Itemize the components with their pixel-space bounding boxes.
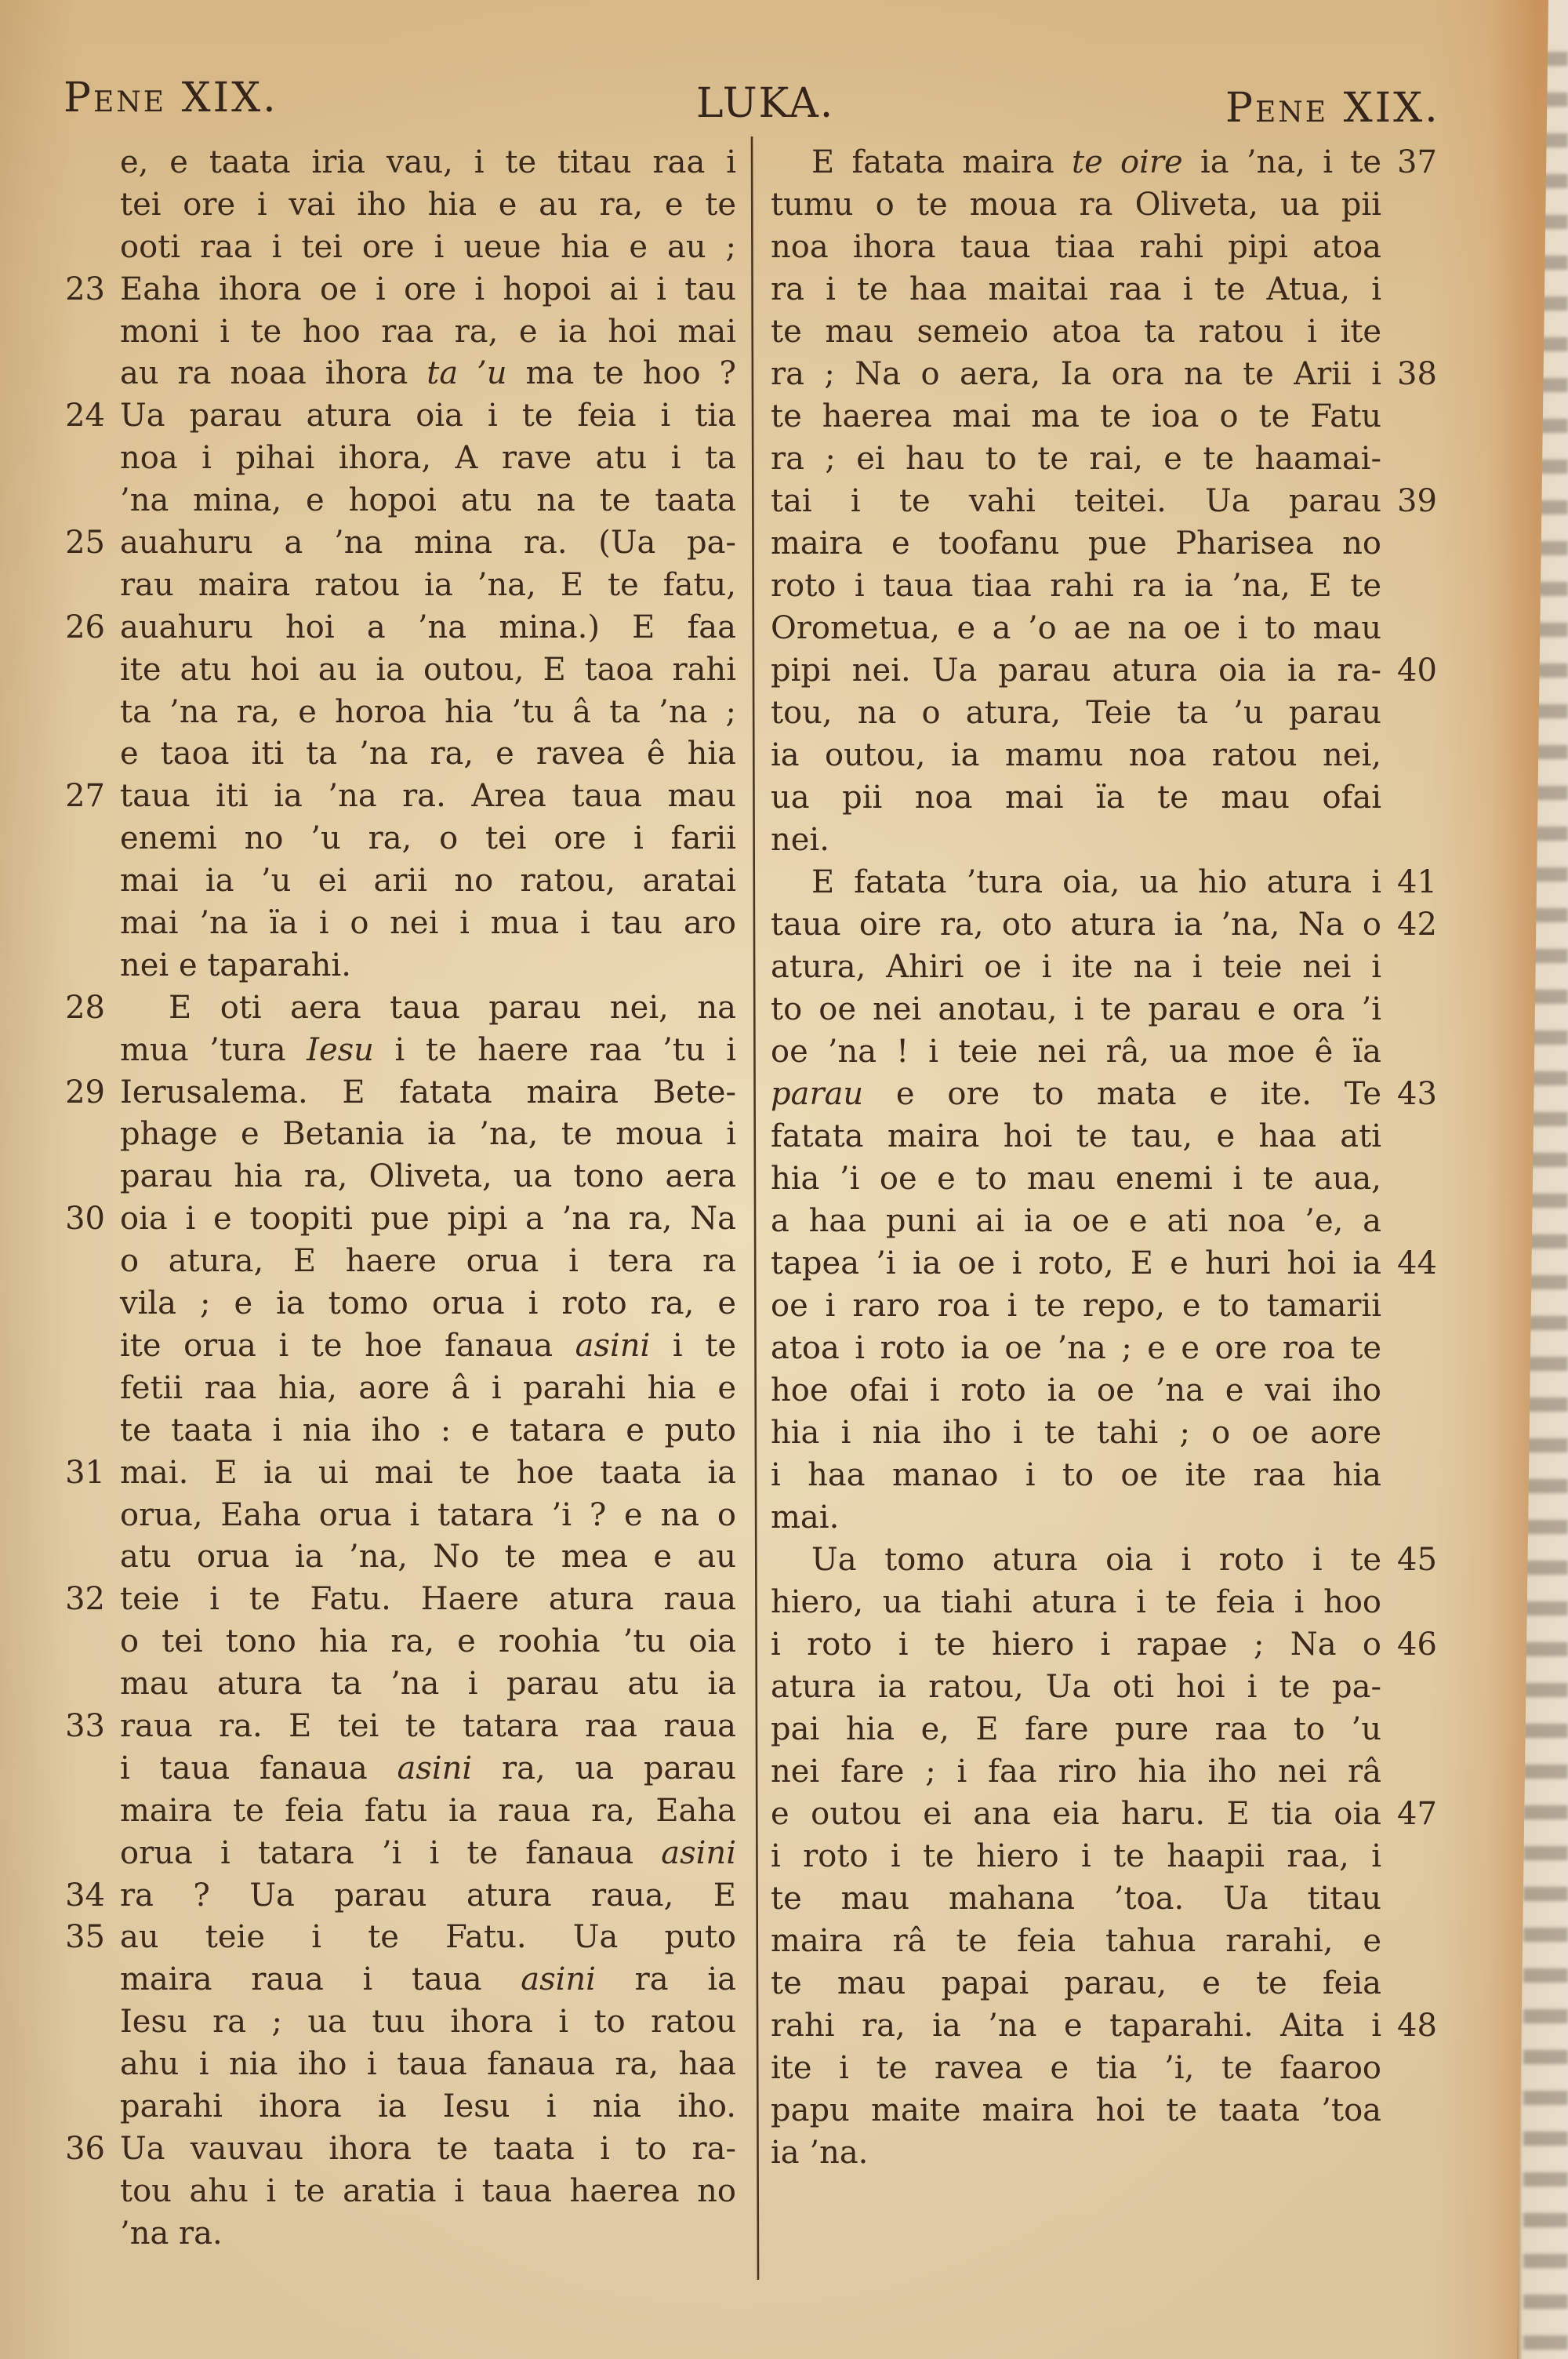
line-text: oe i raro roa i te repo, e to tamarii — [771, 1288, 1381, 1324]
text-line: vila ; e ia tomo orua i roto ra, e — [120, 1283, 736, 1325]
text-line: pai hia e, E fare pure raa to ’u — [771, 1708, 1381, 1750]
text-line: papu maite maira hoi te taata ’toa — [771, 2089, 1381, 2132]
line-text: ’na ra. — [120, 2215, 223, 2252]
text-line: 48rahi ra, ia ’na e taparahi. Aita i — [771, 2005, 1381, 2047]
text-line: Orometua, e a ’o ae na oe i to mau — [771, 607, 1381, 649]
line-text: hia ’i oe e to mau enemi i te aua, — [771, 1161, 1381, 1197]
line-text: orua, Eaha orua i tatara ’i ? e na o — [120, 1497, 736, 1533]
text-line: 28E oti aera taua parau nei, na — [120, 987, 736, 1030]
line-text: te mau semeio atoa ta ratou i ite — [771, 314, 1381, 350]
text-line: ra i te haa maitai raa i te Atua, i — [771, 268, 1381, 311]
text-line: maira e toofanu pue Pharisea no — [771, 522, 1381, 565]
line-text: orua i tatara ’i i te fanaua — [120, 1835, 661, 1871]
text-line: ’na ra. — [120, 2213, 736, 2255]
italic-text: asini — [521, 1961, 596, 1997]
text-line: hiero, ua tiahi atura i te feia i hoo — [771, 1581, 1381, 1623]
text-line: 43parau e ore to mata e ite. Te — [771, 1073, 1381, 1115]
line-text: auahuru a ’na mina ra. (Ua pa- — [120, 525, 736, 561]
line-text: i te — [650, 1328, 736, 1364]
line-text: ia outou, ia mamu noa ratou nei, — [771, 737, 1381, 773]
running-head-chapter-right: Pene XIX. — [1225, 85, 1440, 132]
line-text: Iesu ra ; ua tuu ihora i to ratou — [120, 2004, 736, 2040]
verse-number: 30 — [65, 1198, 105, 1241]
text-line: e taoa iti ta ’na ra, e ravea ê hia — [120, 733, 736, 776]
line-text: ite orua i te hoe fanaua — [120, 1328, 575, 1364]
line-text: vila ; e ia tomo orua i roto ra, e — [120, 1285, 736, 1321]
line-text: e, e taata iria vau, i te titau raa i — [120, 144, 736, 180]
line-text: Orometua, e a ’o ae na oe i to mau — [771, 610, 1381, 646]
text-line: te mau mahana ’toa. Ua titau — [771, 1877, 1381, 1920]
text-line: ra ; ei hau to te rai, e te haamai- — [771, 438, 1381, 480]
line-text: hoe ofai i roto ia oe ’na e vai iho — [771, 1372, 1381, 1408]
text-line: mai. — [771, 1496, 1381, 1539]
line-text: oe ’na ! i teie nei râ, ua moe ê ïa — [771, 1034, 1381, 1070]
text-line: i taua fanaua asini ra, ua parau — [120, 1748, 736, 1790]
line-text: hiero, ua tiahi atura i te feia i hoo — [771, 1584, 1381, 1620]
line-text: ooti raa i tei ore i ueue hia e au ; — [120, 229, 736, 265]
line-text: maira raua i taua — [120, 1961, 521, 1997]
text-line: 35au teie i te Fatu. Ua puto — [120, 1917, 736, 1959]
text-line: ooti raa i tei ore i ueue hia e au ; — [120, 227, 736, 269]
text-line: te taata i nia iho : e tatara e puto — [120, 1410, 736, 1452]
italic-text: Iesu — [307, 1032, 374, 1068]
line-text: tei ore i vai iho hia e au ra, e te — [120, 187, 736, 223]
text-line: 47e outou ei ana eia haru. E tia oia — [771, 1793, 1381, 1835]
line-text: au teie i te Fatu. Ua puto — [120, 1919, 736, 1955]
line-text: ra ? Ua parau atura raua, E — [120, 1877, 736, 1914]
line-text: teie i te Fatu. Haere atura raua — [120, 1581, 736, 1617]
text-line: hia ’i oe e to mau enemi i te aua, — [771, 1158, 1381, 1200]
text-line: atu orua ia ’na, No te mea e au — [120, 1536, 736, 1579]
line-text: te taata i nia iho : e tatara e puto — [120, 1412, 736, 1448]
line-text: E oti aera taua parau nei, na — [169, 990, 736, 1026]
verse-number: 44 — [1397, 1242, 1437, 1285]
line-text: o atura, E haere orua i tera ra — [120, 1243, 736, 1279]
text-line: o atura, E haere orua i tera ra — [120, 1241, 736, 1283]
line-text: atoa i roto ia oe ’na ; e e ore roa te — [771, 1330, 1381, 1366]
line-text: pipi nei. Ua parau atura oia ia ra- — [771, 652, 1381, 689]
verse-number: 24 — [65, 395, 105, 438]
verse-number: 35 — [65, 1917, 105, 1959]
verse-number: 46 — [1397, 1623, 1437, 1666]
text-line: 36Ua vauvau ihora te taata i to ra- — [120, 2128, 736, 2171]
line-text: rahi ra, ia ’na e taparahi. Aita i — [771, 2008, 1381, 2044]
text-line: ahu i nia iho i taua fanaua ra, haa — [120, 2044, 736, 2086]
text-line: maira râ te feia tahua rarahi, e — [771, 1920, 1381, 1962]
line-text: Ua tomo atura oia i roto i te — [811, 1542, 1381, 1578]
verse-number: 33 — [65, 1706, 105, 1748]
line-text: atura, Ahiri oe i ite na i teie nei i — [771, 949, 1381, 985]
text-line: mau atura ta ’na i parau atu ia — [120, 1663, 736, 1706]
line-text: tumu o te moua ra Oliveta, ua pii — [771, 187, 1381, 223]
text-line: hoe ofai i roto ia oe ’na e vai iho — [771, 1369, 1381, 1412]
line-text: rau maira ratou ia ’na, E te fatu, — [120, 567, 736, 603]
text-line: nei fare ; i faa riro hia iho nei râ — [771, 1750, 1381, 1793]
line-text: i taua fanaua — [120, 1750, 397, 1787]
text-line: maira raua i taua asini ra ia — [120, 1959, 736, 2001]
text-line: oe i raro roa i te repo, e to tamarii — [771, 1285, 1381, 1327]
text-line: atura ia ratou, Ua oti hoi i te pa- — [771, 1666, 1381, 1708]
line-text: maira e toofanu pue Pharisea no — [771, 525, 1381, 562]
line-text: tou ahu i te aratia i taua haerea no — [120, 2173, 736, 2209]
text-line: rau maira ratou ia ’na, E te fatu, — [120, 565, 736, 607]
text-line: roto i taua tiaa rahi ra ia ’na, E te — [771, 565, 1381, 607]
verse-number: 43 — [1397, 1073, 1437, 1115]
line-text: maira te feia fatu ia raua ra, Eaha — [120, 1793, 736, 1829]
line-text: e taoa iti ta ’na ra, e ravea ê hia — [120, 736, 736, 772]
line-text: tou, na o atura, Teie ta ’u parau — [771, 695, 1381, 731]
verse-number: 40 — [1397, 649, 1437, 692]
italic-text: parau — [771, 1076, 863, 1112]
line-text: te haerea mai ma te ioa o te Fatu — [771, 398, 1381, 434]
line-text: E fatata maira — [811, 144, 1072, 180]
text-line: 44tapea ’i ia oe i roto, E e huri hoi ia — [771, 1242, 1381, 1285]
text-line: mai ia ’u ei arii no ratou, aratai — [120, 860, 736, 903]
text-column-left: e, e taata iria vau, i te titau raa itei… — [120, 142, 736, 2255]
text-line: ia outou, ia mamu noa ratou nei, — [771, 734, 1381, 776]
line-text: to oe nei anotau, i te parau e ora ’i — [771, 991, 1381, 1027]
line-text: ite atu hoi au ia outou, E taoa rahi — [120, 652, 736, 688]
column-divider-rule — [747, 135, 766, 2284]
verse-number: 28 — [65, 987, 105, 1030]
text-line: moni i te hoo raa ra, e ia hoi mai — [120, 311, 736, 354]
verse-number: 42 — [1397, 903, 1437, 946]
text-line: fetii raa hia, aore â i parahi hia e — [120, 1368, 736, 1410]
text-line: maira te feia fatu ia raua ra, Eaha — [120, 1790, 736, 1833]
line-text: moni i te hoo raa ra, e ia hoi mai — [120, 314, 736, 350]
text-line: 26auahuru hoi a ’na mina.) E faa — [120, 607, 736, 649]
text-line: atoa i roto ia oe ’na ; e e ore roa te — [771, 1327, 1381, 1369]
text-line: 29Ierusalema. E fatata maira Bete- — [120, 1072, 736, 1114]
line-text: nei. — [771, 822, 829, 858]
text-line: noa ihora taua tiaa rahi pipi atoa — [771, 226, 1381, 268]
line-text: ra, ua parau — [472, 1750, 736, 1787]
line-text: parahi ihora ia Iesu i nia iho. — [120, 2088, 736, 2125]
text-line: nei. — [771, 819, 1381, 861]
line-text: a haa puni ai ia oe e ati noa ’e, a — [771, 1203, 1381, 1239]
text-line: tou ahu i te aratia i taua haerea no — [120, 2171, 736, 2213]
line-text: nei fare ; i faa riro hia iho nei râ — [771, 1754, 1381, 1790]
line-text: i roto i te hiero i te haapii raa, i — [771, 1838, 1381, 1874]
line-text: i te haere raa ’tu i — [374, 1032, 736, 1068]
text-line: o tei tono hia ra, e roohia ’tu oia — [120, 1621, 736, 1663]
line-text: noa ihora taua tiaa rahi pipi atoa — [771, 229, 1381, 265]
text-line: parau hia ra, Oliveta, ua tono aera — [120, 1156, 736, 1198]
verse-number: 25 — [65, 522, 105, 565]
verse-number: 31 — [65, 1452, 105, 1495]
line-text: tapea ’i ia oe i roto, E e huri hoi ia — [771, 1245, 1381, 1281]
text-line: a haa puni ai ia oe e ati noa ’e, a — [771, 1200, 1381, 1242]
line-text: E fatata ’tura oia, ua hio atura i — [811, 864, 1381, 900]
text-line: i haa manao i to oe ite raa hia — [771, 1454, 1381, 1496]
verse-number: 34 — [65, 1875, 105, 1917]
verse-number: 36 — [65, 2128, 105, 2171]
line-text: Ierusalema. E fatata maira Bete- — [120, 1074, 736, 1110]
text-line: orua, Eaha orua i tatara ’i ? e na o — [120, 1495, 736, 1537]
line-text: mai ’na ïa i o nei i mua i tau aro — [120, 905, 736, 941]
text-line: ite atu hoi au ia outou, E taoa rahi — [120, 649, 736, 692]
text-line: ua pii noa mai ïa te mau ofai — [771, 776, 1381, 819]
line-text: i roto i te hiero i rapae ; Na o — [771, 1627, 1381, 1663]
line-text: Eaha ihora oe i ore i hopoi ai i tau — [120, 271, 736, 307]
line-text: mai ia ’u ei arii no ratou, aratai — [120, 863, 736, 899]
text-line: oe ’na ! i teie nei râ, ua moe ê ïa — [771, 1030, 1381, 1073]
text-line: 25auahuru a ’na mina ra. (Ua pa- — [120, 522, 736, 565]
text-column-right: 37E fatata maira te oire ia ’na, i tetum… — [771, 141, 1381, 2174]
line-text: raua ra. E tei te tatara raa raua — [120, 1708, 736, 1744]
text-line: to oe nei anotau, i te parau e ora ’i — [771, 988, 1381, 1030]
italic-text: ta ’u — [426, 355, 506, 391]
line-text: ta ’na ra, e horoa hia ’tu â ta ’na ; — [120, 694, 736, 730]
verse-number: 45 — [1397, 1539, 1437, 1581]
text-line: te mau papai parau, e te feia — [771, 1962, 1381, 2005]
text-line: tei ore i vai iho hia e au ra, e te — [120, 184, 736, 227]
line-text: mai. E ia ui mai te hoe taata ia — [120, 1455, 736, 1491]
text-line: 27taua iti ia ’na ra. Area taua mau — [120, 776, 736, 818]
text-line: noa i pihai ihora, A rave atu i ta — [120, 438, 736, 480]
text-line: phage e Betania ia ’na, te moua i — [120, 1114, 736, 1156]
line-text: fatata maira hoi te tau, e haa ati — [771, 1118, 1381, 1154]
line-text: i haa manao i to oe ite raa hia — [771, 1457, 1381, 1493]
text-line: hia i nia iho i te tahi ; o oe aore — [771, 1412, 1381, 1454]
line-text: ia ’na. — [771, 2135, 868, 2171]
text-line: Iesu ra ; ua tuu ihora i to ratou — [120, 2001, 736, 2044]
text-line: 37E fatata maira te oire ia ’na, i te — [771, 141, 1381, 184]
line-text: Ua parau atura oia i te feia i tia — [120, 398, 736, 434]
text-line: atura, Ahiri oe i ite na i teie nei i — [771, 946, 1381, 988]
line-text: te mau mahana ’toa. Ua titau — [771, 1881, 1381, 1917]
text-line: 40pipi nei. Ua parau atura oia ia ra- — [771, 649, 1381, 692]
line-text: atu orua ia ’na, No te mea e au — [120, 1539, 736, 1575]
italic-text: asini — [575, 1328, 651, 1364]
line-text: oia i e toopiti pue pipi a ’na ra, Na — [120, 1201, 736, 1237]
text-line: 38ra ; Na o aera, Ia ora na te Arii i — [771, 353, 1381, 395]
text-line: i roto i te hiero i te haapii raa, i — [771, 1835, 1381, 1877]
line-text: taua oire ra, oto atura ia ’na, Na o — [771, 907, 1381, 943]
text-line: e, e taata iria vau, i te titau raa i — [120, 142, 736, 184]
text-line: parahi ihora ia Iesu i nia iho. — [120, 2086, 736, 2128]
text-line: ite i te ravea e tia ’i, te faaroo — [771, 2047, 1381, 2089]
verse-number: 41 — [1397, 861, 1437, 903]
line-text: e ore to mata e ite. Te — [863, 1076, 1381, 1112]
line-text: mau atura ta ’na i parau atu ia — [120, 1666, 736, 1702]
line-text: parau hia ra, Oliveta, ua tono aera — [120, 1158, 736, 1194]
line-text: ra ; ei hau to te rai, e te haamai- — [771, 441, 1381, 477]
verse-number: 23 — [65, 269, 105, 311]
line-text: e outou ei ana eia haru. E tia oia — [771, 1796, 1381, 1832]
text-line: mai ’na ïa i o nei i mua i tau aro — [120, 903, 736, 945]
text-line: tou, na o atura, Teie ta ’u parau — [771, 692, 1381, 734]
line-text: tai i te vahi teitei. Ua parau — [771, 483, 1381, 519]
line-text: papu maite maira hoi te taata ’toa — [771, 2092, 1381, 2128]
verse-number: 39 — [1397, 480, 1437, 522]
line-text: enemi no ’u ra, o tei ore i farii — [120, 820, 736, 856]
line-text: roto i taua tiaa rahi ra ia ’na, E te — [771, 568, 1381, 604]
italic-text: asini — [661, 1835, 736, 1871]
text-line: nei e taparahi. — [120, 945, 736, 987]
line-text: te mau papai parau, e te feia — [771, 1965, 1381, 2001]
line-text: auahuru hoi a ’na mina.) E faa — [120, 609, 736, 645]
line-text: o tei tono hia ra, e roohia ’tu oia — [120, 1623, 736, 1659]
line-text: ’na mina, e hopoi atu na te taata — [120, 482, 736, 518]
text-line: 42taua oire ra, oto atura ia ’na, Na o — [771, 903, 1381, 946]
text-line: 41E fatata ’tura oia, ua hio atura i — [771, 861, 1381, 903]
line-text: au ra noaa ihora — [120, 355, 426, 391]
line-text: fetii raa hia, aore â i parahi hia e — [120, 1370, 736, 1406]
text-line: ta ’na ra, e horoa hia ’tu â ta ’na ; — [120, 692, 736, 734]
verse-number: 32 — [65, 1579, 105, 1621]
line-text: atura ia ratou, Ua oti hoi i te pa- — [771, 1669, 1381, 1705]
line-text: nei e taparahi. — [120, 947, 351, 983]
line-text: ra ia — [596, 1961, 736, 1997]
line-text: pai hia e, E fare pure raa to ’u — [771, 1711, 1381, 1747]
line-text: hia i nia iho i te tahi ; o oe aore — [771, 1415, 1381, 1451]
text-line: 30oia i e toopiti pue pipi a ’na ra, Na — [120, 1198, 736, 1241]
line-text: ahu i nia iho i taua fanaua ra, haa — [120, 2046, 736, 2082]
text-line: te haerea mai ma te ioa o te Fatu — [771, 395, 1381, 438]
text-line: 24Ua parau atura oia i te feia i tia — [120, 395, 736, 438]
verse-number: 48 — [1397, 2005, 1437, 2047]
verse-number: 47 — [1397, 1793, 1437, 1835]
verse-number: 37 — [1397, 141, 1437, 184]
line-text: ra ; Na o aera, Ia ora na te Arii i — [771, 356, 1381, 392]
text-line: 39tai i te vahi teitei. Ua parau — [771, 480, 1381, 522]
text-line: te mau semeio atoa ta ratou i ite — [771, 311, 1381, 353]
line-text: taua iti ia ’na ra. Area taua mau — [120, 778, 736, 814]
text-line: ia ’na. — [771, 2132, 1381, 2174]
verse-number: 26 — [65, 607, 105, 649]
line-text: maira râ te feia tahua rarahi, e — [771, 1923, 1381, 1959]
line-text: noa i pihai ihora, A rave atu i ta — [120, 440, 736, 476]
line-text: mua ’tura — [120, 1032, 307, 1068]
verse-number: 29 — [65, 1072, 105, 1114]
text-line: 31mai. E ia ui mai te hoe taata ia — [120, 1452, 736, 1495]
text-line: 32teie i te Fatu. Haere atura raua — [120, 1579, 736, 1621]
text-line: 33raua ra. E tei te tatara raa raua — [120, 1706, 736, 1748]
text-line: fatata maira hoi te tau, e haa ati — [771, 1115, 1381, 1158]
line-text: phage e Betania ia ’na, te moua i — [120, 1116, 736, 1152]
line-text: ra i te haa maitai raa i te Atua, i — [771, 271, 1381, 307]
running-head-chapter-left: Pene XIX. — [64, 75, 278, 122]
verse-number: 27 — [65, 776, 105, 818]
text-line: 34ra ? Ua parau atura raua, E — [120, 1875, 736, 1917]
line-text: ua pii noa mai ïa te mau ofai — [771, 780, 1381, 816]
line-text: ma te hoo ? — [507, 355, 736, 391]
text-line: ite orua i te hoe fanaua asini i te — [120, 1325, 736, 1368]
verse-number: 38 — [1397, 353, 1437, 395]
text-line: enemi no ’u ra, o tei ore i farii — [120, 818, 736, 860]
italic-text: te oire — [1072, 144, 1183, 180]
text-line: orua i tatara ’i i te fanaua asini — [120, 1833, 736, 1875]
text-line: 46i roto i te hiero i rapae ; Na o — [771, 1623, 1381, 1666]
text-line: ’na mina, e hopoi atu na te taata — [120, 480, 736, 522]
text-line: 45Ua tomo atura oia i roto i te — [771, 1539, 1381, 1581]
italic-text: asini — [397, 1750, 473, 1787]
text-line: au ra noaa ihora ta ’u ma te hoo ? — [120, 353, 736, 395]
line-text: ia ’na, i te — [1183, 144, 1381, 180]
text-line: tumu o te moua ra Oliveta, ua pii — [771, 184, 1381, 226]
line-text: Ua vauvau ihora te taata i to ra- — [120, 2131, 736, 2167]
text-line: 23Eaha ihora oe i ore i hopoi ai i tau — [120, 269, 736, 311]
text-line: mua ’tura Iesu i te haere raa ’tu i — [120, 1030, 736, 1072]
line-text: ite i te ravea e tia ’i, te faaroo — [771, 2050, 1381, 2086]
line-text: mai. — [771, 1499, 839, 1536]
running-head-book-title: LUKA. — [696, 80, 834, 127]
